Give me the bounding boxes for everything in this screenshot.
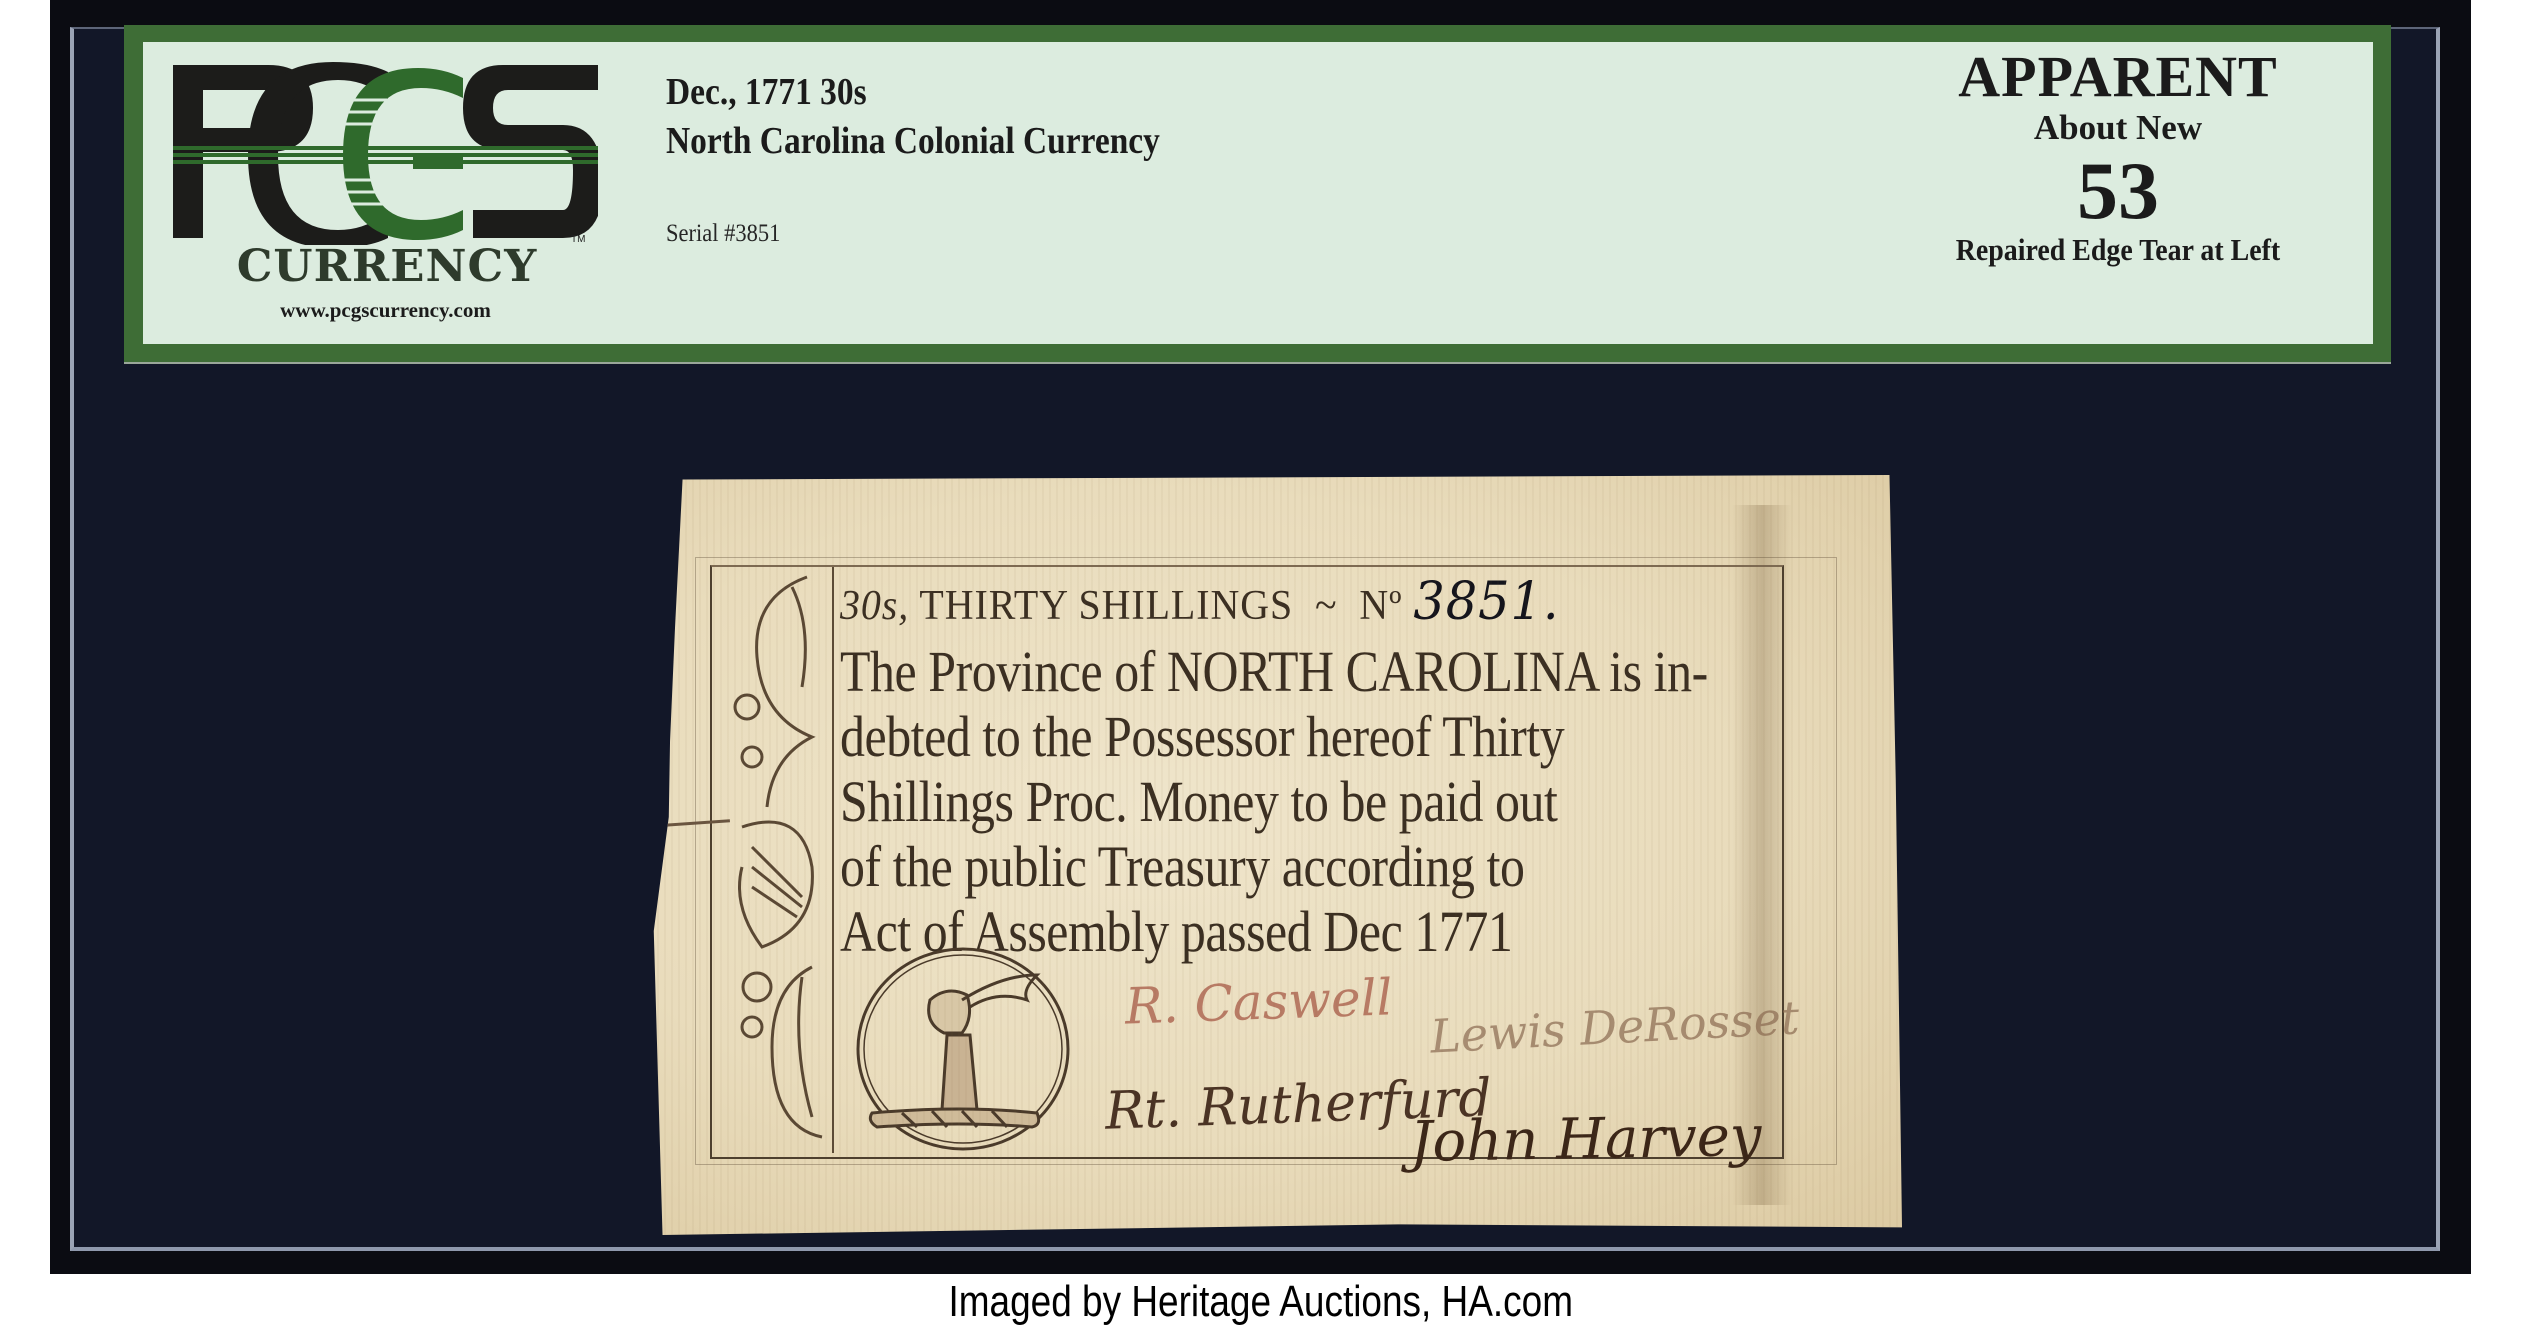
note-line: debted to the Possessor hereof Thirty [840, 704, 1631, 769]
pcgs-logo-icon [173, 60, 598, 245]
label-panel: TM CURRENCY www.pcgscurrency.com Dec., 1… [143, 42, 2373, 344]
note-line: of the public Treasury according to [840, 834, 1631, 899]
ornament-border [712, 567, 834, 1153]
note-line: Shillings Proc. Money to be paid out [840, 769, 1631, 834]
grade-number: 53 [1883, 150, 2353, 232]
date-denomination: Dec., 1771 30s [666, 70, 1160, 114]
grade-block: APPARENT About New 53 Repaired Edge Tear… [1883, 46, 2353, 268]
trademark-mark: TM [571, 234, 585, 245]
grade-comment: Repaired Edge Tear at Left [1907, 232, 2330, 268]
signature-caswell: R. Caswell [1124, 968, 1393, 1035]
number-prefix: Nº [1359, 583, 1402, 629]
pcgs-currency-logo: TM CURRENCY www.pcgscurrency.com [173, 60, 603, 345]
grade-designation: About New [1883, 108, 2353, 148]
note-description: Dec., 1771 30s North Carolina Colonial C… [666, 70, 1227, 248]
handwritten-serial: 3851. [1413, 572, 1559, 632]
note-text: 30s, THIRTY SHILLINGS ~ Nº 3851. The Pro… [840, 570, 1760, 964]
denomination-title: THIRTY SHILLINGS [919, 583, 1293, 629]
note-line: The Province of NORTH CAROLINA is in- [840, 639, 1631, 704]
logo-url: www.pcgscurrency.com [173, 298, 598, 323]
scroll-ornament-icon [712, 567, 832, 1153]
image-credit: Imaged by Heritage Auctions, HA.com [0, 1278, 2522, 1326]
logo-wordmark: CURRENCY [173, 247, 601, 287]
banknote: 30s, THIRTY SHILLINGS ~ Nº 3851. The Pro… [650, 475, 1902, 1235]
grade-qualifier: APPARENT [1883, 46, 2353, 108]
image-credit-text: Imaged by Heritage Auctions, HA.com [949, 1278, 1574, 1326]
grading-label: TM CURRENCY www.pcgscurrency.com Dec., 1… [124, 25, 2391, 362]
signature-harvey: John Harvey [1409, 1104, 1762, 1175]
note-header: 30s, THIRTY SHILLINGS ~ Nº 3851. [840, 570, 1714, 639]
denomination: 30s, [840, 583, 909, 629]
issue-name: North Carolina Colonial Currency [666, 114, 1160, 168]
serial-number: Serial #3851 [666, 220, 1171, 248]
hand-holding-sword-icon [852, 945, 1074, 1153]
